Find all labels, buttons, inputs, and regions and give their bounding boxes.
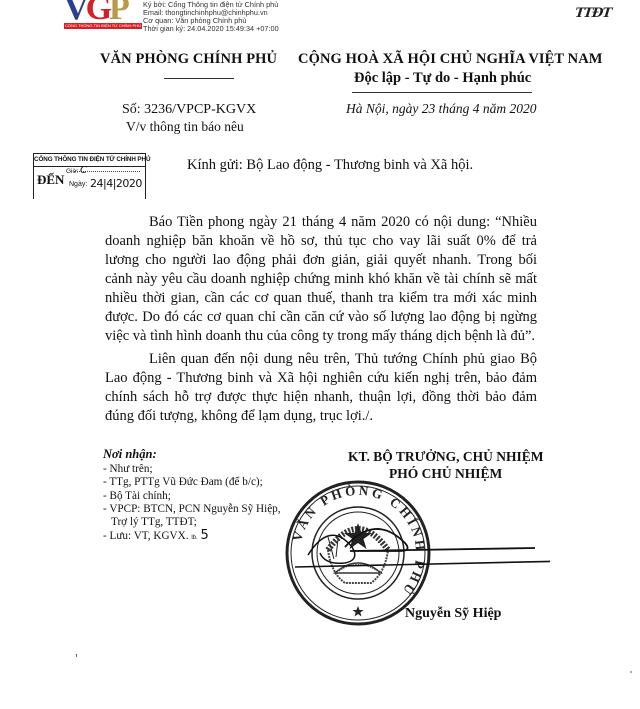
recipients-title: Nơi nhận: bbox=[103, 447, 157, 462]
issuing-agency: VĂN PHÒNG CHÍNH PHỦ bbox=[100, 51, 277, 68]
scan-speck bbox=[76, 654, 77, 657]
handwritten-copy-count: 5 bbox=[200, 528, 208, 543]
receiving-stamp-den: ĐẾN bbox=[37, 172, 64, 188]
handwritten-note-top: TTĐT bbox=[574, 6, 611, 21]
signing-time: Thời gian ký: 24.04.2020 15:49:34 +07:00 bbox=[143, 25, 279, 33]
recipient-item: Trợ lý TTg, TTĐT; bbox=[103, 516, 281, 529]
handwritten-signature-icon bbox=[290, 525, 550, 595]
national-title: CỘNG HOÀ XÃ HỘI CHỦ NGHĨA VIỆT NAM bbox=[298, 51, 603, 68]
recipient-item: - VPCP: BTCN, PCN Nguyễn Sỹ Hiệp, bbox=[103, 503, 281, 516]
agency-underline bbox=[164, 78, 234, 79]
national-motto: Độc lập - Tự do - Hạnh phúc bbox=[354, 70, 531, 87]
signer-name: Nguyễn Sỹ Hiệp bbox=[405, 606, 501, 622]
addressee: Kính gửi: Bộ Lao động - Thương binh và X… bbox=[187, 157, 473, 174]
receiving-stamp-time-value: C bbox=[80, 165, 87, 176]
recipient-item-archive: - Lưu: VT, KGVX. lb. 5 bbox=[103, 529, 281, 545]
receiving-stamp: CỔNG THÔNG TIN ĐIỆN TỬ CHÍNH PHỦ ĐẾN Giờ… bbox=[33, 153, 146, 199]
recipient-item: - Như trên; bbox=[103, 463, 281, 476]
handwritten-lb: lb. bbox=[191, 535, 197, 541]
vgp-logo-band: CỔNG THÔNG TIN ĐIỆN TỬ CHÍNH PHỦ bbox=[64, 23, 142, 29]
paragraph-text: Báo Tiền phong ngày 21 tháng 4 năm 2020 … bbox=[105, 213, 537, 346]
body-paragraph-1: Báo Tiền phong ngày 21 tháng 4 năm 2020 … bbox=[105, 213, 537, 346]
recipient-item: - Bộ Tài chính; bbox=[103, 490, 281, 503]
receiving-stamp-date-value: 24|4|2020 bbox=[90, 177, 142, 190]
paragraph-text: Liên quan đến nội dung nêu trên, Thủ tướ… bbox=[105, 350, 537, 426]
vgp-logo: VGP CỔNG THÔNG TIN ĐIỆN TỬ CHÍNH PHỦ bbox=[64, 0, 142, 30]
receiving-stamp-date-label: Ngày: bbox=[69, 181, 87, 188]
scan-speck bbox=[630, 671, 632, 673]
motto-underline bbox=[352, 92, 532, 93]
place-date: Hà Nội, ngày 23 tháng 4 năm 2020 bbox=[346, 101, 537, 117]
digital-signature-info: Ký bởi: Cổng Thông tin điện tử Chính phủ… bbox=[143, 1, 279, 33]
document-number: Số: 3236/VPCP-KGVX bbox=[122, 102, 256, 118]
signer-title-line1: KT. BỘ TRƯỞNG, CHỦ NHIỆM bbox=[348, 449, 544, 465]
receiving-stamp-header: CỔNG THÔNG TIN ĐIỆN TỬ CHÍNH PHỦ bbox=[34, 154, 145, 167]
archive-text: - Lưu: VT, KGVX. bbox=[103, 530, 189, 542]
document-subject: V/v thông tin báo nêu bbox=[126, 119, 244, 135]
body-paragraph-2: Liên quan đến nội dung nêu trên, Thủ tướ… bbox=[105, 350, 537, 426]
recipient-item: - TTg, PTTg Vũ Đức Đam (để b/c); bbox=[103, 476, 281, 489]
recipients-list: - Như trên; - TTg, PTTg Vũ Đức Đam (để b… bbox=[103, 463, 281, 546]
